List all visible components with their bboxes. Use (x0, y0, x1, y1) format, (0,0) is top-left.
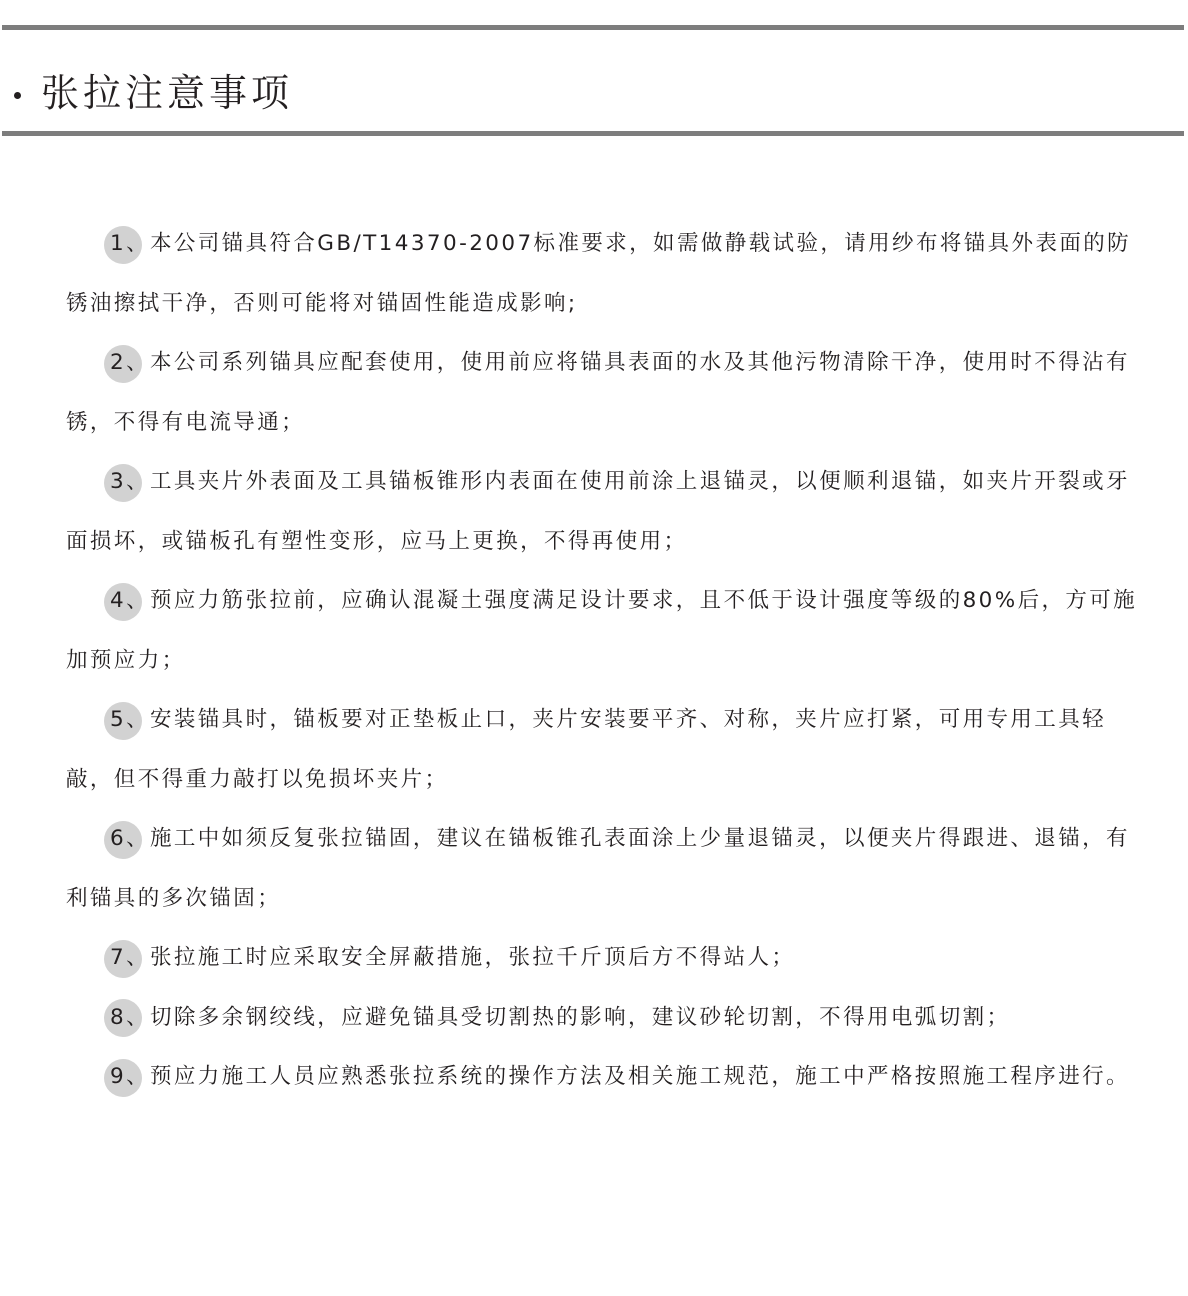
item-text: 预应力施工人员应熟悉张拉系统的操作方法及相关施工规范，施工中严格按照施工程序进行… (150, 1064, 1130, 1089)
item-number: 1、 (104, 231, 150, 256)
note-item-4: 4、预应力筋张拉前，应确认混凝土强度满足设计要求，且不低于设计强度等级的80%后… (66, 571, 1146, 690)
note-item-5: 5、安装锚具时，锚板要对正垫板止口，夹片安装要平齐、对称，夹片应打紧，可用专用工… (66, 690, 1146, 809)
item-text: 切除多余钢绞线，应避免锚具受切割热的影响，建议砂轮切割，不得用电弧切割； (150, 1005, 1010, 1030)
item-number: 8、 (104, 1005, 150, 1030)
header-bottom-divider (2, 131, 1184, 136)
item-number-badge: 3、 (104, 452, 150, 512)
note-item-1: 1、本公司锚具符合GB/T14370-2007标准要求，如需做静载试验，请用纱布… (66, 214, 1146, 333)
item-number: 2、 (104, 350, 150, 375)
item-number: 3、 (104, 469, 150, 494)
note-item-8: 8、切除多余钢绞线，应避免锚具受切割热的影响，建议砂轮切割，不得用电弧切割； (66, 988, 1146, 1048)
item-number: 6、 (104, 826, 150, 851)
note-item-3: 3、工具夹片外表面及工具锚板锥形内表面在使用前涂上退锚灵，以便顺利退锚，如夹片开… (66, 452, 1146, 571)
notes-list: 1、本公司锚具符合GB/T14370-2007标准要求，如需做静载试验，请用纱布… (66, 214, 1146, 1107)
item-text: 张拉施工时应采取安全屏蔽措施，张拉千斤顶后方不得站人； (150, 945, 795, 970)
note-item-9: 9、预应力施工人员应熟悉张拉系统的操作方法及相关施工规范，施工中严格按照施工程序… (66, 1047, 1146, 1107)
item-number-badge: 9、 (104, 1047, 150, 1107)
item-number: 7、 (104, 945, 150, 970)
top-divider (2, 25, 1184, 30)
item-number: 5、 (104, 707, 150, 732)
item-number: 9、 (104, 1064, 150, 1089)
item-number-badge: 2、 (104, 333, 150, 393)
item-number-badge: 6、 (104, 809, 150, 869)
section-title: 张拉注意事项 (41, 68, 293, 118)
item-text: 安装锚具时，锚板要对正垫板止口，夹片安装要平齐、对称，夹片应打紧，可用专用工具轻… (66, 707, 1106, 792)
item-number-badge: 4、 (104, 571, 150, 631)
item-text: 本公司锚具符合GB/T14370-2007标准要求，如需做静载试验，请用纱布将锚… (66, 231, 1131, 316)
item-number-badge: 8、 (104, 988, 150, 1048)
item-text: 预应力筋张拉前，应确认混凝土强度满足设计要求，且不低于设计强度等级的80%后，方… (66, 588, 1137, 673)
item-number-badge: 5、 (104, 690, 150, 750)
bullet-dot-icon (14, 92, 21, 99)
section-header: 张拉注意事项 (14, 68, 293, 118)
item-number: 4、 (104, 588, 150, 613)
note-item-2: 2、本公司系列锚具应配套使用，使用前应将锚具表面的水及其他污物清除干净，使用时不… (66, 333, 1146, 452)
note-item-6: 6、施工中如须反复张拉锚固，建议在锚板锥孔表面涂上少量退锚灵，以便夹片得跟进、退… (66, 809, 1146, 928)
item-text: 本公司系列锚具应配套使用，使用前应将锚具表面的水及其他污物清除干净，使用时不得沾… (66, 350, 1130, 435)
item-number-badge: 1、 (104, 214, 150, 274)
item-number-badge: 7、 (104, 928, 150, 988)
note-item-7: 7、张拉施工时应采取安全屏蔽措施，张拉千斤顶后方不得站人； (66, 928, 1146, 988)
item-text: 施工中如须反复张拉锚固，建议在锚板锥孔表面涂上少量退锚灵，以便夹片得跟进、退锚，… (66, 826, 1130, 911)
item-text: 工具夹片外表面及工具锚板锥形内表面在使用前涂上退锚灵，以便顺利退锚，如夹片开裂或… (66, 469, 1130, 554)
